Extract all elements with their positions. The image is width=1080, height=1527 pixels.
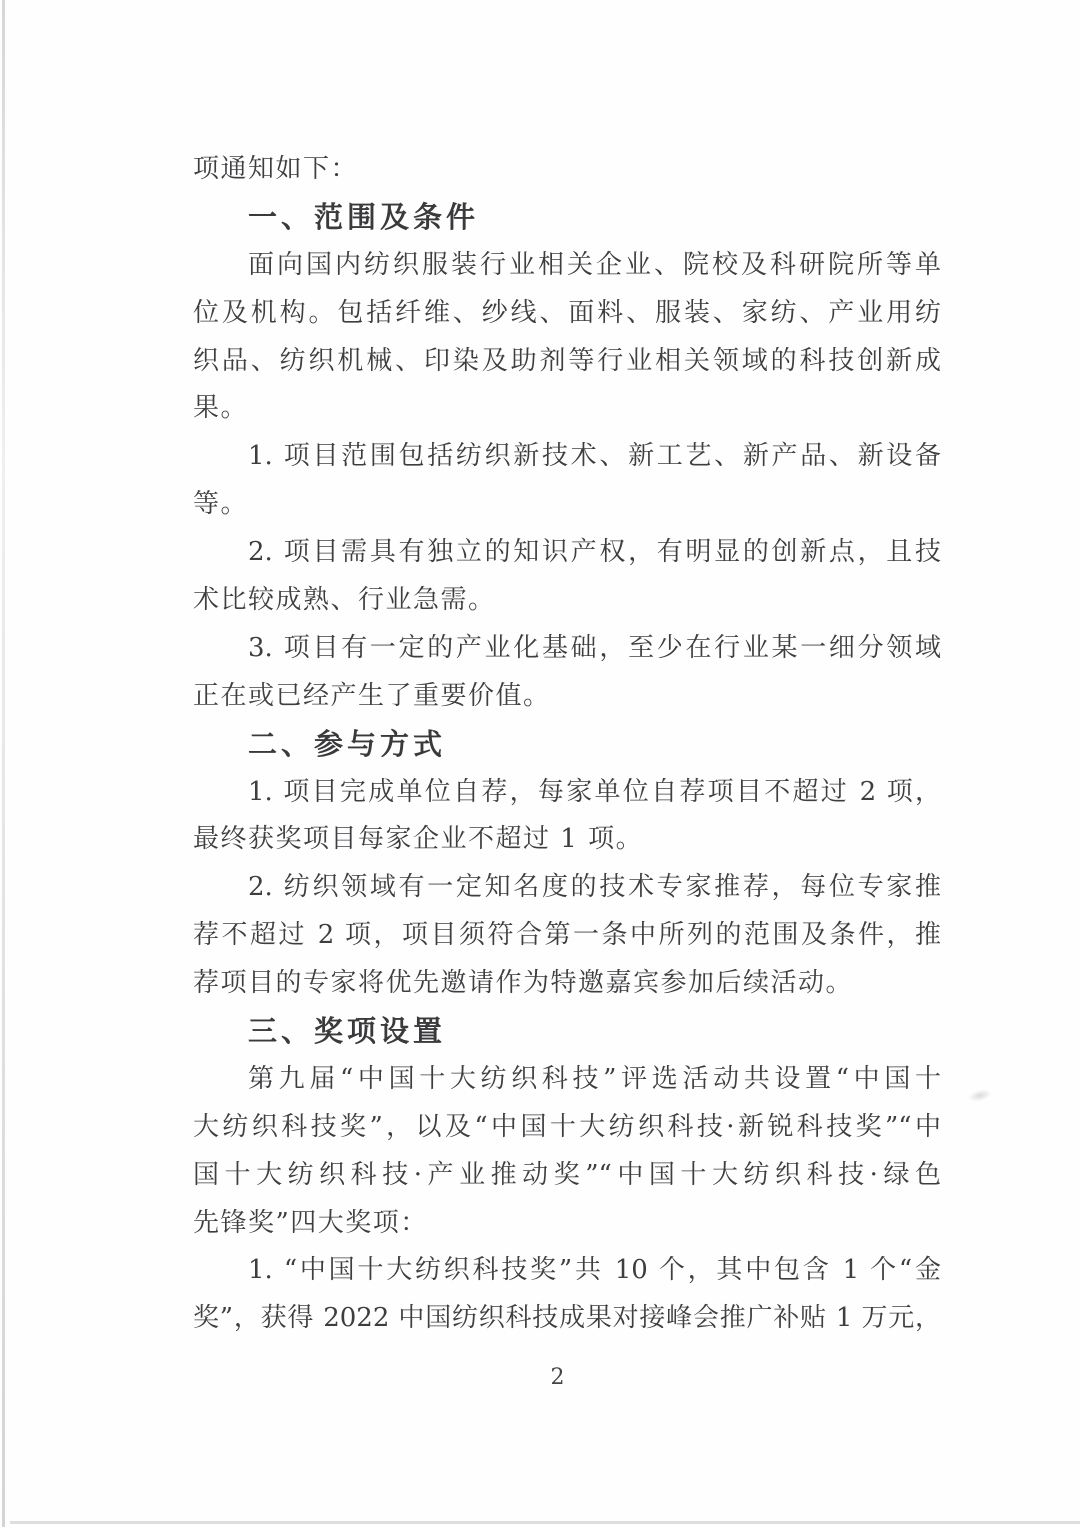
section-heading: 三、奖项设置 xyxy=(193,1008,941,1056)
scan-smudge xyxy=(967,1087,993,1103)
text-line: 位及机构。包括纤维、纱线、面料、服装、家纺、产业用纺 xyxy=(193,290,941,338)
document-body: 项通知如下： 一、范围及条件 面向国内纺织服装行业相关企业、院校及科研院所等单 … xyxy=(193,146,941,1343)
scan-edge-left xyxy=(2,0,5,1527)
text-line: 正在或已经产生了重要价值。 xyxy=(193,673,941,721)
text-line: 果。 xyxy=(193,385,941,433)
text-line: 2. 纺织领域有一定知名度的技术专家推荐，每位专家推 xyxy=(193,864,941,912)
text-line: 1. “中国十大纺织科技奖”共 10 个，其中包含 1 个“金 xyxy=(193,1247,941,1295)
text-line: 2. 项目需具有独立的知识产权，有明显的创新点，且技 xyxy=(193,529,941,577)
text-line: 面向国内纺织服装行业相关企业、院校及科研院所等单 xyxy=(193,242,941,290)
scan-edge-bottom xyxy=(10,1521,1080,1524)
text-line: 荐项目的专家将优先邀请作为特邀嘉宾参加后续活动。 xyxy=(193,960,941,1008)
text-line: 荐不超过 2 项，项目须符合第一条中所列的范围及条件，推 xyxy=(193,912,941,960)
text-line: 3. 项目有一定的产业化基础，至少在行业某一细分领域 xyxy=(193,625,941,673)
page-number: 2 xyxy=(0,1365,1080,1390)
text-line: 1. 项目完成单位自荐，每家单位自荐项目不超过 2 项， xyxy=(193,769,941,817)
text-line: 1. 项目范围包括纺织新技术、新工艺、新产品、新设备 xyxy=(193,433,941,481)
section-heading: 二、参与方式 xyxy=(193,721,941,769)
text-line: 国十大纺织科技·产业推动奖”“中国十大纺织科技·绿色 xyxy=(193,1152,941,1200)
text-line: 奖”，获得 2022 中国纺织科技成果对接峰会推广补贴 1 万元， xyxy=(193,1295,941,1343)
section-heading: 一、范围及条件 xyxy=(193,194,941,242)
document-page: 项通知如下： 一、范围及条件 面向国内纺织服装行业相关企业、院校及科研院所等单 … xyxy=(0,0,1080,1527)
text-line: 织品、纺织机械、印染及助剂等行业相关领域的科技创新成 xyxy=(193,338,941,386)
text-line: 大纺织科技奖”，以及“中国十大纺织科技·新锐科技奖”“中 xyxy=(193,1104,941,1152)
text-line: 第九届“中国十大纺织科技”评选活动共设置“中国十 xyxy=(193,1056,941,1104)
text-line: 术比较成熟、行业急需。 xyxy=(193,577,941,625)
text-line: 先锋奖”四大奖项： xyxy=(193,1200,941,1248)
text-line: 等。 xyxy=(193,481,941,529)
text-line: 最终获奖项目每家企业不超过 1 项。 xyxy=(193,816,941,864)
text-line: 项通知如下： xyxy=(193,146,941,194)
